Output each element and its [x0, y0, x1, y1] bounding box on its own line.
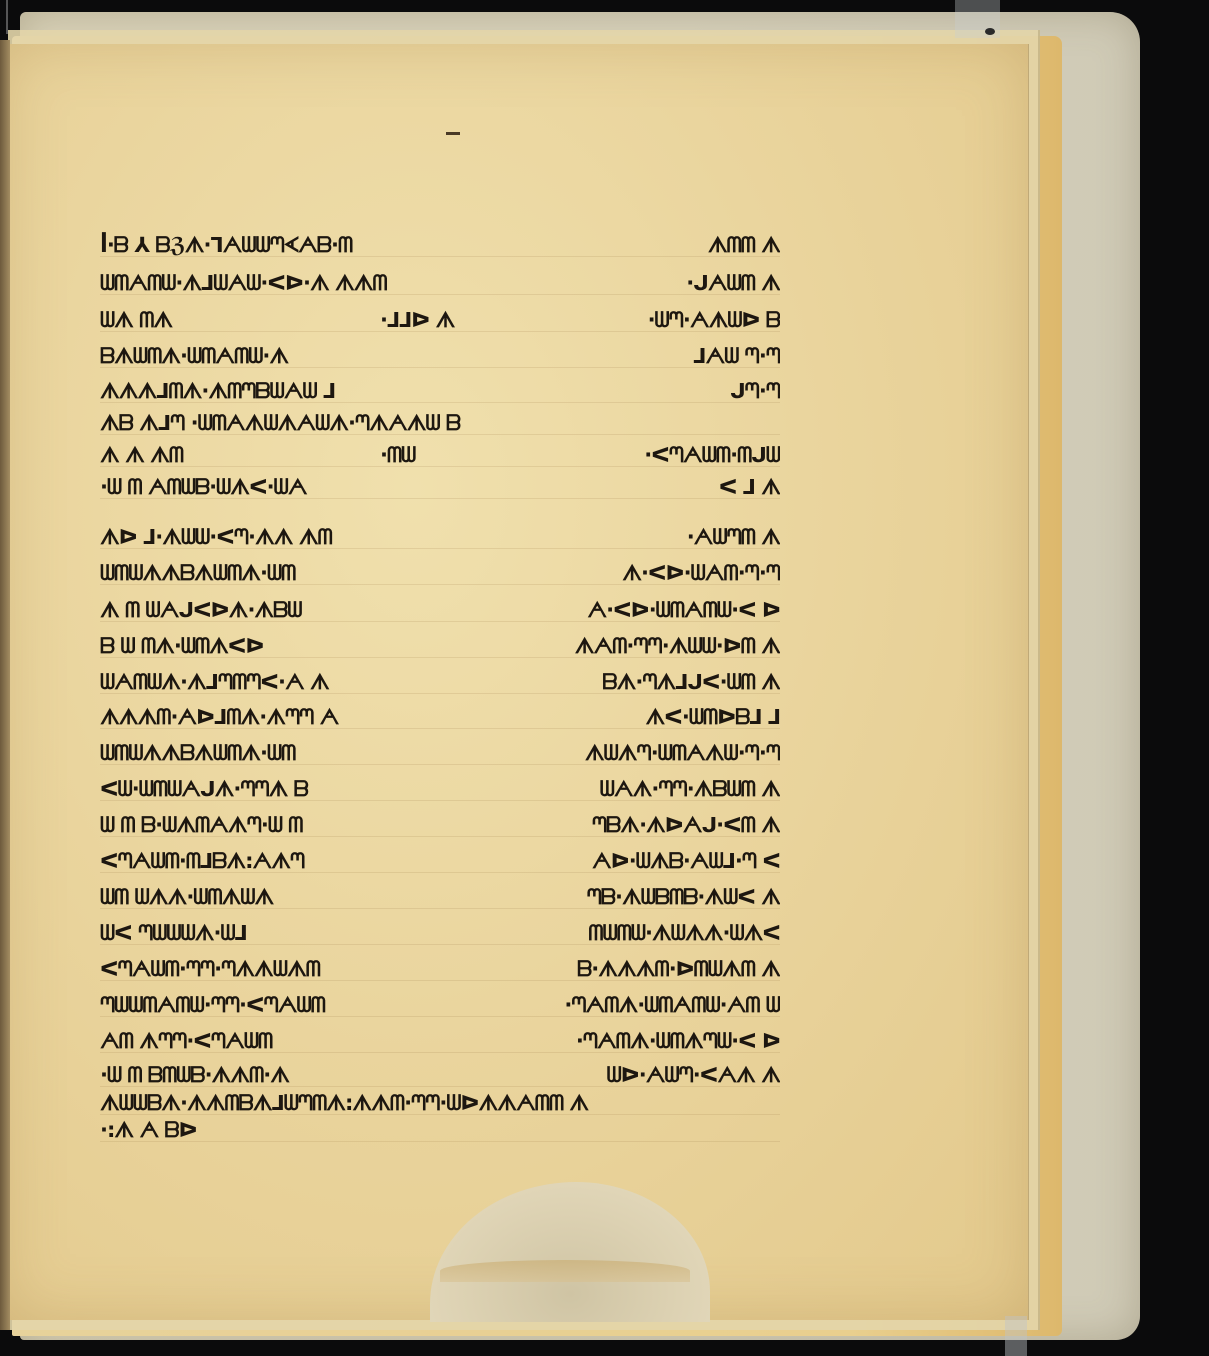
manuscript-line-left: ᗯ ᗰ ᗷ·ᗯᗑᗰᗅᗑᘉ·ᗯ ᗰ — [100, 812, 430, 838]
manuscript-line-left: ᗯᗰ ᗯᗑᗑ·ᗯᗰᗑᗯᗑ — [100, 884, 430, 910]
mounting-tape-bottom — [1005, 1316, 1027, 1356]
manuscript-line-right: ᗑᗯᗑᘉ·ᗯᗰᗅᗑᗯ·ᘉ·ᘉ — [440, 740, 780, 766]
manuscript-line-right: ·ᗯᘉ·ᗅᗑᗯᐅ ᗷ — [440, 307, 780, 333]
manuscript-line-left: ᗷᗑᗯᗰᗑ·ᗯᗰᗅᗰᗯ·ᗑ — [100, 343, 430, 369]
manuscript-line-left: ·ᗯ ᗰ ᗷᗰᗯᗷ·ᗑᗑᗰ·ᗑ — [100, 1062, 430, 1088]
manuscript-line-left: ᗯᗅᗰᗯᗑ·ᗑᒧᘉᗰᘉᐸ·ᗅ ᗑ — [100, 669, 430, 695]
manuscript-line-right: ᗰᗯᗰᗯ·ᗑᗯᗑᗑ·ᗯᗑᐸ — [440, 920, 780, 946]
manuscript-line-right: ᗯᗅᗑ·ᘉᘉ·ᗑᗷᗯᗰ ᗑ — [440, 776, 780, 802]
manuscript-line-right: ᗅᐅ·ᗯᗑᗷ·ᗅᗯᒧ·ᘉ ᐸ — [440, 848, 780, 874]
manuscript-line-right: ᗅ·ᐸᐅ·ᗯᗰᗅᗰᗯ·ᐸ ᐅ — [440, 597, 780, 623]
tear-shadow — [440, 1260, 690, 1282]
mounting-tape-left — [6, 0, 8, 34]
manuscript-line-right: ·ᘉᗅᗰᗑ·ᗯᗰᗑᘉᗯ·ᐸ ᐅ — [440, 1028, 780, 1054]
manuscript-line-right: ᗷ·ᗑᗑᗑᗰ·ᐅᗰᗯᗑᗰ ᗑ — [440, 956, 780, 982]
manuscript-line-left: ·ᗯ ᗰ ᗅᗰᗯᗷ·ᗯᗑᐸ·ᗯᗅ — [100, 474, 430, 500]
manuscript-line-left: ᗑᗯᗯᗷᗑ·ᗑᗑᗰᗷᗑᒧᗯᘉᗰᗑ:ᗑᗑᗰ·ᘉᘉ·ᗯᐅᗑᗑᗅᗰᗰ ᗑ — [100, 1090, 780, 1116]
binding-fold — [0, 40, 10, 1330]
manuscript-line-left: ᐸᘉᗅᗯᗰ·ᗰᒧᗷᗑ:ᗅᗑᘉ — [100, 848, 430, 874]
manuscript-line-right: ·ᗅᗯᘉᗰ ᗑ — [440, 524, 780, 550]
manuscript-line-left: ꟾ·ᗷ ⅄ ᗷℨᗑ·ᒣᗅᗯᗯᘉᗉᗅᗷ·ᗰ — [100, 232, 430, 258]
manuscript-line-right: ᒍᘉ·ᘉ — [440, 378, 780, 404]
manuscript-line-left: ᗯᗰᗯᗑᗑᗷᗑᗯᗰᗑ·ᗯᗰ — [100, 740, 430, 766]
manuscript-line-left: ᗯᐸ ᘉᗯᗯᗯᗑ·ᗯᒧ — [100, 920, 430, 946]
manuscript-line-left: ᗑᗑᗑᒧᗰᗑ·ᗑᗰᘉᗷᗯᗅᗯ ᒧ — [100, 378, 430, 404]
manuscript-line-left: ·:ᗑ ᗅ ᗷᐅ — [100, 1117, 780, 1143]
pin-hole — [985, 28, 995, 35]
manuscript-line-right: ᗑᗰᗰ ᗑ — [440, 232, 780, 258]
manuscript-line-left: ᗑᐅ ᒧ·ᗑᗯᗯ·ᐸᘉ·ᗑᗑ ᗑᗰ — [100, 524, 430, 550]
manuscript-line-right: ᘉᗷ·ᗑᗯᗷᗰᗷ·ᗑᗯᐸ ᗑ — [440, 884, 780, 910]
manuscript-line-right: ᗑᗅᗰ·ᘉᘉ·ᗑᗯᗯ·ᐅᗰ ᗑ — [440, 633, 780, 659]
manuscript-line-left: ᗯᗰᗅᗰᗯ·ᗑᒧᗯᗅᗯ·ᐸᐅ·ᗑ ᗑᗑᗰ — [100, 270, 430, 296]
manuscript-line-left: ᗅᗰ ᗑᘉᘉ·ᐸᘉᗅᗯᗰ — [100, 1028, 430, 1054]
manuscript-line-right: ᗑ·ᐸᐅ·ᗯᗅᗰ·ᘉ·ᘉ — [440, 560, 780, 586]
ink-mark — [446, 132, 460, 135]
manuscript-line-left: ᐸᗯ·ᗯᗰᗯᗅᒍᗑ·ᘉᘉᗑ ᗷ — [100, 776, 430, 802]
manuscript-line-right: ᗷᗑ·ᘉᗑᒧᒍᐸ·ᗯᗰ ᗑ — [440, 669, 780, 695]
manuscript-line-right: ᗑᐸ·ᗯᗰᐅᗷᒧ ᒧ — [440, 704, 780, 730]
manuscript-line-left: ᗷ ᗯ ᗰᗑ·ᗯᗰᗑᐸᐅ — [100, 633, 430, 659]
manuscript-line-left: ᘉᗯᗯᗰᗅᗰᗯ·ᘉᘉ·ᐸᘉᗅᗯᗰ — [100, 992, 430, 1018]
manuscript-line-right: ᐸ ᒧ ᗑ — [440, 474, 780, 500]
manuscript-line-left: ᗑᗑᗑᗰ·ᗅᐅᒧᗰᗑ·ᗑᘉᘉ ᗅ — [100, 704, 430, 730]
manuscript-line-left: ᗑᗷ ᗑᒧᘉ ·ᗯᗰᗅᗑᗯᗑᗅᗯᗑ·ᘉᗑᗅᗑᗯ ᗷ — [100, 410, 780, 436]
manuscript-line-left: ᗑ ᗰ ᗯᗅᒍᐸᐅᗑ·ᗑᗷᗯ — [100, 597, 430, 623]
manuscript-line-right: ·ᒍᗅᗯᗰ ᗑ — [440, 270, 780, 296]
manuscript-line-right: ᗯᐅ·ᗅᗯᘉ·ᐸᗅᗑ ᗑ — [440, 1062, 780, 1088]
manuscript-line-left: ᗯᗰᗯᗑᗑᗷᗑᗯᗰᗑ·ᗯᗰ — [100, 560, 430, 586]
manuscript-line-left: ᐸᘉᗅᗯᗰ·ᘉᘉ·ᘉᗑᗑᗯᗑᗰ — [100, 956, 430, 982]
manuscript-line-right: ·ᐸᘉᗅᗯᗰ·ᗰᒍᗯ — [440, 442, 780, 468]
manuscript-line-right: ·ᘉᗅᗰᗑ·ᗯᗰᗅᗰᗯ·ᗅᗰ ᗯ — [440, 992, 780, 1018]
manuscript-line-right: ᒧᗅᗯ ᘉ·ᘉ — [440, 343, 780, 369]
manuscript-line-right: ᘉᗷᗑ·ᗑᐅᗅᒍ·ᐸᗰ ᗑ — [440, 812, 780, 838]
